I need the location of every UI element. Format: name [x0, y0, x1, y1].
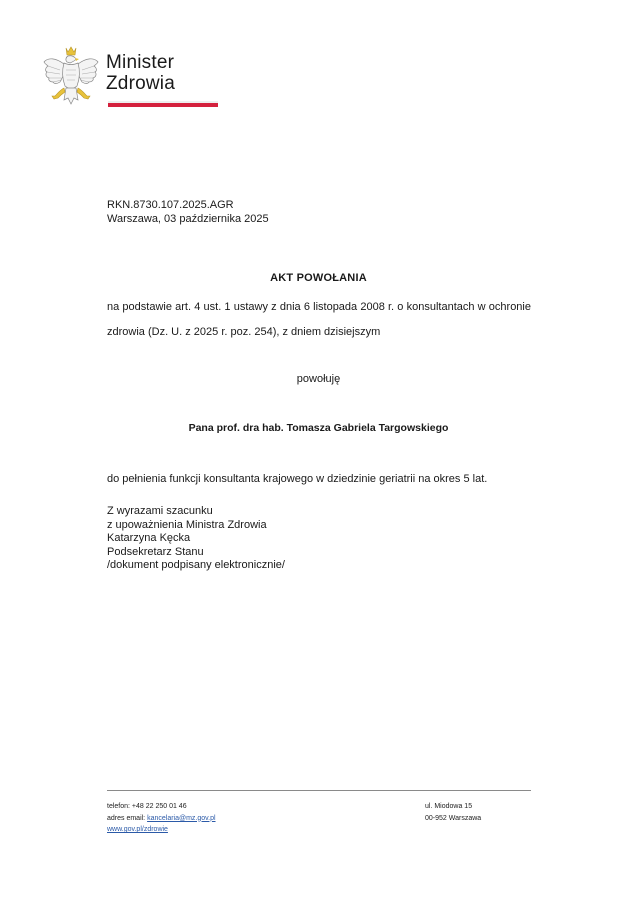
legal-basis-paragraph: na podstawie art. 4 ust. 1 ustawy z dnia… [107, 295, 531, 345]
ministry-name: Minister Zdrowia [106, 52, 175, 94]
appoint-verb: powołuję [0, 372, 637, 386]
footer-website-link[interactable]: www.gov.pl/zdrowie [107, 824, 216, 836]
footer-address: ul. Miodowa 15 00-952 Warszawa [425, 801, 481, 824]
flag-red-stripe [108, 103, 218, 107]
footer-email-link[interactable]: kancelaria@mz.gov.pl [147, 815, 215, 822]
footer-email-label: adres email: [107, 815, 147, 822]
place-and-date: Warszawa, 03 października 2025 [107, 212, 269, 226]
authorization-line: z upoważnienia Ministra Zdrowia [107, 519, 285, 533]
footer-city: 00-952 Warszawa [425, 813, 481, 825]
electronic-signature-note: /dokument podpisany elektronicznie/ [107, 559, 285, 573]
footer-phone: telefon: +48 22 250 01 46 [107, 801, 216, 813]
eagle-emblem-icon [42, 44, 100, 108]
legal-basis-line-2: zdrowia (Dz. U. z 2025 r. poz. 254), z d… [107, 320, 531, 345]
document-page: Minister Zdrowia RKN.8730.107.2025.AGR W… [0, 0, 637, 900]
signatory-name: Katarzyna Kęcka [107, 532, 285, 546]
appointee-name: Pana prof. dra hab. Tomasza Gabriela Tar… [0, 421, 637, 435]
footer-contact: telefon: +48 22 250 01 46 adres email: k… [107, 801, 216, 836]
flag-stripe [108, 101, 218, 107]
legal-basis-line-1: na podstawie art. 4 ust. 1 ustawy z dnia… [107, 295, 531, 320]
brand-line-1: Minister [106, 52, 175, 73]
document-title: AKT POWOŁANIA [0, 271, 637, 285]
footer-email-row: adres email: kancelaria@mz.gov.pl [107, 813, 216, 825]
signatory-title: Podsekretarz Stanu [107, 546, 285, 560]
brand-line-2: Zdrowia [106, 73, 175, 94]
appointment-function: do pełnienia funkcji konsultanta krajowe… [107, 472, 487, 486]
ministry-logo: Minister Zdrowia [42, 44, 182, 110]
closing-greeting: Z wyrazami szacunku [107, 505, 285, 519]
footer-divider [107, 790, 531, 791]
signature-block: Z wyrazami szacunku z upoważnienia Minis… [107, 505, 285, 573]
reference-number: RKN.8730.107.2025.AGR [107, 198, 234, 212]
footer-street: ul. Miodowa 15 [425, 801, 481, 813]
